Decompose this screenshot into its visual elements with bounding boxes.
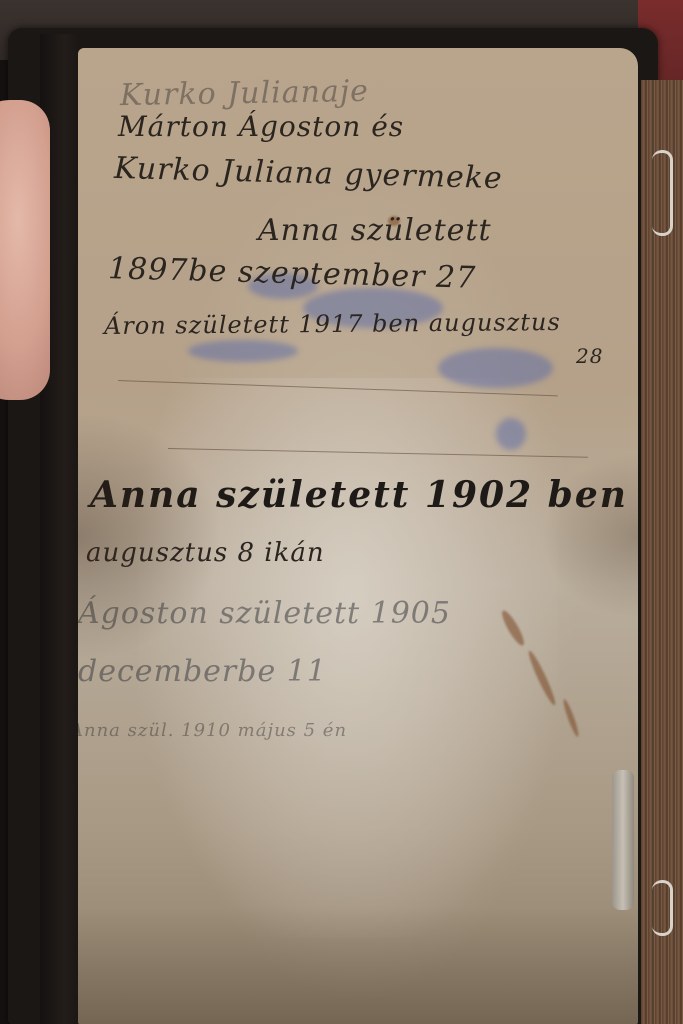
handwritten-line: augusztus 8 ikán — [86, 538, 325, 568]
handwritten-line: Kurko Julianaje — [120, 74, 369, 113]
handwritten-line: Áron született 1917 ben augusztus — [104, 308, 561, 340]
handwritten-line: Ágoston született 1905 — [78, 596, 451, 631]
brown-stain — [561, 698, 580, 738]
handwritten-line: 28 — [576, 344, 603, 368]
handwritten-line: Anna született — [258, 213, 492, 248]
handwritten-line: Márton Ágoston és — [118, 110, 404, 143]
blue-stain — [438, 348, 553, 388]
torn-paper-fibre — [612, 770, 634, 910]
binding-thread-icon — [652, 150, 673, 236]
blue-stain — [188, 340, 298, 362]
handwritten-line: 1897be szeptember 27 — [108, 251, 477, 296]
handwritten-line: Kurko Juliana gyermeke — [114, 151, 504, 196]
holding-thumb — [0, 100, 50, 400]
blue-stain — [496, 418, 526, 450]
handwritten-line: Anna született 1902 ben — [90, 474, 628, 516]
handwritten-line: decemberbe 11 — [78, 654, 327, 689]
binding-thread-icon — [652, 880, 673, 936]
paste-down-page: Kurko Julianaje Márton Ágoston és Kurko … — [78, 48, 638, 1024]
handwritten-line: Anna szül. 1910 május 5 én — [78, 720, 347, 741]
